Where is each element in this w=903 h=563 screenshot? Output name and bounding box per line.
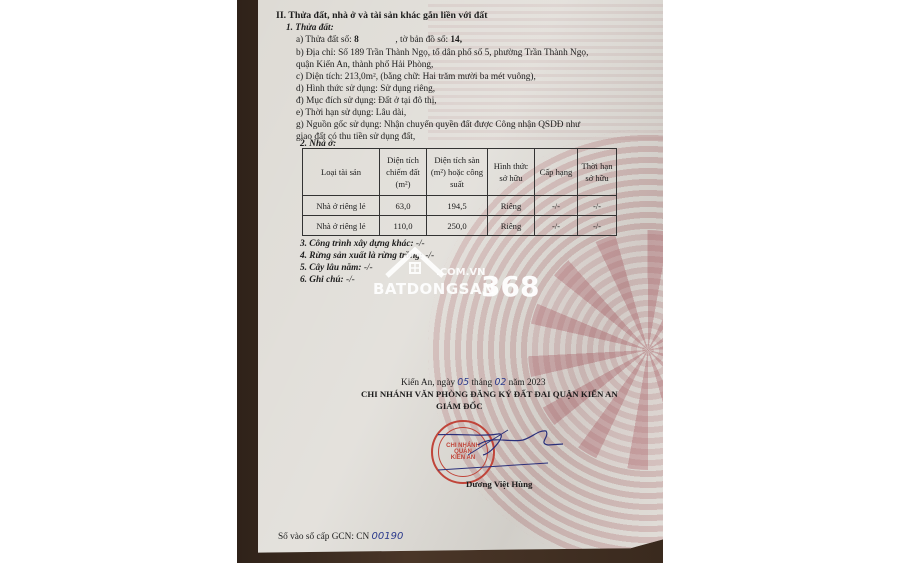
cell-floor-area: 194,5: [427, 196, 488, 216]
house-table-header: Loại tài sản Diện tích chiếm đất (m²) Di…: [303, 149, 617, 196]
other-item-notes: 6. Ghi chú: -/-: [300, 275, 355, 285]
other-item-perennial-trees: 5. Cây lâu năm: -/-: [300, 263, 373, 273]
origin-line-1: g) Nguồn gốc sử dụng: Nhận chuyển quyền …: [296, 120, 580, 130]
col-land-area: Diện tích chiếm đất (m²): [380, 149, 427, 196]
watermark-number: 368: [481, 270, 539, 303]
place-date-prefix: Kiến An, ngày: [401, 378, 455, 388]
col-floor-area: Diện tích sàn (m²) hoặc công suất: [427, 149, 488, 196]
cell-land-area: 63,0: [380, 196, 427, 216]
land-certificate-page: II. Thửa đất, nhà ở và tài sản khác gắn …: [258, 0, 663, 556]
cell-asset-type: Nhà ở riêng lẻ: [303, 196, 380, 216]
use-form-line: d) Hình thức sử dụng: Sử dụng riêng,: [296, 84, 435, 94]
area-line: c) Diện tích: 213,0m², (bằng chữ: Hai tr…: [296, 72, 536, 82]
parcel-line: a) Thửa đất số: 8 , tờ bản đồ số: 14,: [296, 35, 462, 45]
cell-asset-type: Nhà ở riêng lẻ: [303, 216, 380, 236]
cell-ownership-form: Riêng: [488, 196, 535, 216]
other-item-value: -/-: [364, 263, 373, 273]
handwritten-registry-number: 00190: [372, 531, 404, 542]
col-ownership-term: Thời hạn sở hữu: [578, 149, 617, 196]
cell-ownership-term: -/-: [578, 216, 617, 236]
cell-ownership-term: -/-: [578, 196, 617, 216]
address-line-1: b) Địa chỉ: Số 189 Trần Thành Ngọ, tổ dâ…: [296, 48, 588, 58]
other-item-value: -/-: [346, 275, 355, 285]
signer-title: GIÁM ĐỐC: [436, 401, 483, 411]
col-ownership-form: Hình thức sở hữu: [488, 149, 535, 196]
address-line-2: quận Kiến An, thành phố Hải Phòng,: [296, 60, 433, 70]
handwritten-day: 05: [457, 377, 469, 388]
place-date-line: Kiến An, ngày 05 tháng 02 năm 2023: [401, 377, 546, 388]
map-sheet-label: , tờ bản đồ số:: [395, 35, 448, 45]
cell-floor-area: 250,0: [427, 216, 488, 236]
signer-name: Dương Việt Hùng: [466, 479, 532, 489]
issuer-name: CHI NHÁNH VĂN PHÒNG ĐĂNG KÝ ĐẤT ĐAI QUẬN…: [361, 389, 618, 399]
watermark-brand: BATDONGSAN: [373, 280, 495, 298]
cell-land-area: 110,0: [380, 216, 427, 236]
table-row: Nhà ở riêng lẻ 63,0 194,5 Riêng -/- -/-: [303, 196, 617, 216]
month-label: tháng: [471, 378, 492, 388]
handwritten-month: 02: [494, 377, 506, 388]
use-term-line: e) Thời hạn sử dụng: Lâu dài,: [296, 108, 406, 118]
other-item-label: 6. Ghi chú:: [300, 275, 344, 285]
col-grade: Cấp hạng: [535, 149, 578, 196]
year-label: năm 2023: [509, 378, 546, 388]
cell-grade: -/-: [535, 216, 578, 236]
cell-ownership-form: Riêng: [488, 216, 535, 236]
registry-line: Số vào sổ cấp GCN: CN 00190: [278, 531, 403, 542]
use-purpose-line: đ) Mục đích sử dụng: Đất ở tại đô thị,: [296, 96, 437, 106]
table-row: Nhà ở riêng lẻ 110,0 250,0 Riêng -/- -/-: [303, 216, 617, 236]
map-sheet-no: 14,: [450, 35, 462, 45]
col-asset-type: Loại tài sản: [303, 149, 380, 196]
certificate-content: II. Thửa đất, nhà ở và tài sản khác gắn …: [258, 0, 663, 556]
parcel-no-label: a) Thửa đất số:: [296, 35, 352, 45]
watermark-domain: .COM.VN: [436, 267, 486, 278]
registry-label: Số vào sổ cấp GCN: CN: [278, 532, 369, 542]
cell-grade: -/-: [535, 196, 578, 216]
other-item-label: 5. Cây lâu năm:: [300, 263, 361, 273]
signature-icon: [438, 425, 588, 475]
land-heading: 1. Thửa đất:: [286, 23, 334, 33]
parcel-no: 8: [354, 35, 359, 45]
section-title: II. Thửa đất, nhà ở và tài sản khác gắn …: [276, 10, 487, 21]
house-table: Loại tài sản Diện tích chiếm đất (m²) Di…: [302, 148, 617, 236]
